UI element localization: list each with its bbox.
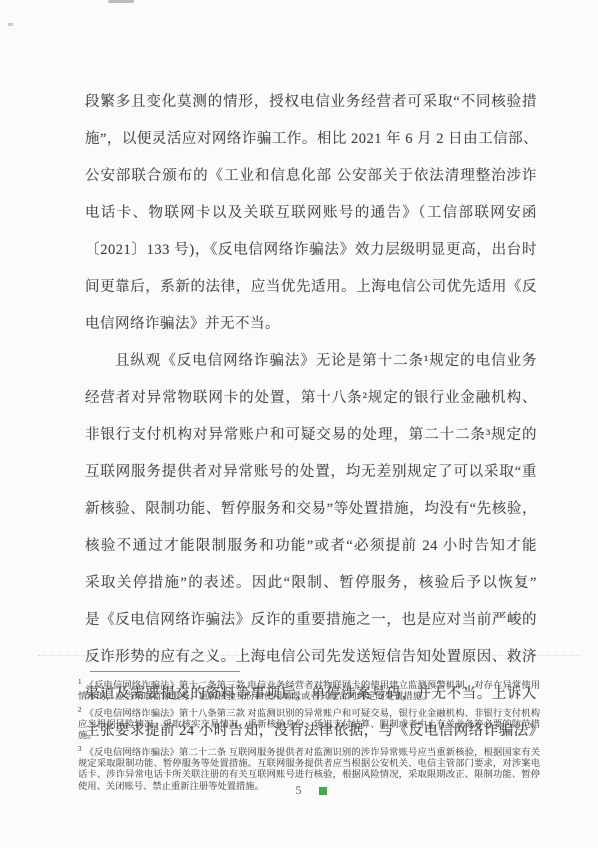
page-number: 5 — [0, 783, 598, 798]
body-line: 〔2021〕133 号)，《反电信网络诈骗法》效力层级明显更高，出台时 — [85, 232, 537, 269]
body-line: 采取关停措施”的表述。因此“限制、暂停服务，核验后予以恢复” — [85, 565, 537, 602]
green-scan-mark — [319, 787, 327, 795]
scan-artifact-left — [8, 23, 13, 26]
body-line: 电话卡、物联网卡以及关联互联网账号的通告》（工信部联网安函 — [85, 195, 537, 232]
footnote-number: 3 — [78, 745, 82, 753]
footnote-number: 1 — [78, 678, 82, 686]
footnote-number: 2 — [78, 706, 82, 714]
body-line-paragraph-start: 且纵观《反电信网络诈骗法》无论是第十二条¹规定的电信业务 — [85, 343, 537, 380]
body-line: 新核验、限制功能、暂停服务和交易”等处置措施，均没有“先核验， — [85, 491, 537, 528]
body-line: 段繁多且变化莫测的情形，授权电信业务经营者可采取“不同核验措 — [85, 84, 537, 121]
scanned-document-page: 段繁多且变化莫测的情形，授权电信业务经营者可采取“不同核验措 施”，以便灵活应对… — [0, 0, 598, 848]
body-line: 施”，以便灵活应对网络诈骗工作。相比 2021 年 6 月 2 日由工信部、 — [85, 121, 537, 158]
footnote-text: 《反电信网络诈骗法》第十二条第三款 电信业务经营者对物联网卡的使用建立监测预警机… — [78, 681, 540, 702]
footnotes-section: 1《反电信网络诈骗法》第十二条第三款 电信业务经营者对物联网卡的使用建立监测预警… — [78, 677, 540, 794]
body-line: 是《反电信网络诈骗法》反诈的重要措施之一，也是应对当前严峻的 — [85, 602, 537, 639]
body-line: 经营者对异常物联网卡的处置，第十八条²规定的银行业金融机构、 — [85, 380, 537, 417]
footnote-2: 2《反电信网络诈骗法》第十八条第三款 对监测识别的异常账户和可疑交易，银行业金融… — [78, 705, 540, 743]
body-line: 非银行支付机构对异常账户和可疑交易的处理，第二十二条³规定的 — [85, 417, 537, 454]
body-line: 电信网络诈骗法》并无不当。 — [85, 306, 537, 343]
footnote-separator — [90, 671, 240, 672]
body-line: 间更靠后，系新的法律，应当优先适用。上海电信公司优先适用《反 — [85, 269, 537, 306]
footnote-text: 《反电信网络诈骗法》第十八条第三款 对监测识别的异常账户和可疑交易，银行业金融机… — [78, 709, 540, 742]
document-body: 段繁多且变化莫测的情形，授权电信业务经营者可采取“不同核验措 施”，以便灵活应对… — [85, 84, 537, 750]
footnote-1: 1《反电信网络诈骗法》第十二条第三款 电信业务经营者对物联网卡的使用建立监测预警… — [78, 677, 540, 704]
body-line: 互联网服务提供者对异常账号的处置，均无差别规定了可以采取“重 — [85, 454, 537, 491]
body-line: 核验不通过才能限制服务和功能”或者“必须提前 24 小时告知才能 — [85, 528, 537, 565]
scan-artifact-top — [108, 0, 134, 3]
body-line: 公安部联合颁布的《工业和信息化部 公安部关于依法清理整治涉诈 — [85, 158, 537, 195]
